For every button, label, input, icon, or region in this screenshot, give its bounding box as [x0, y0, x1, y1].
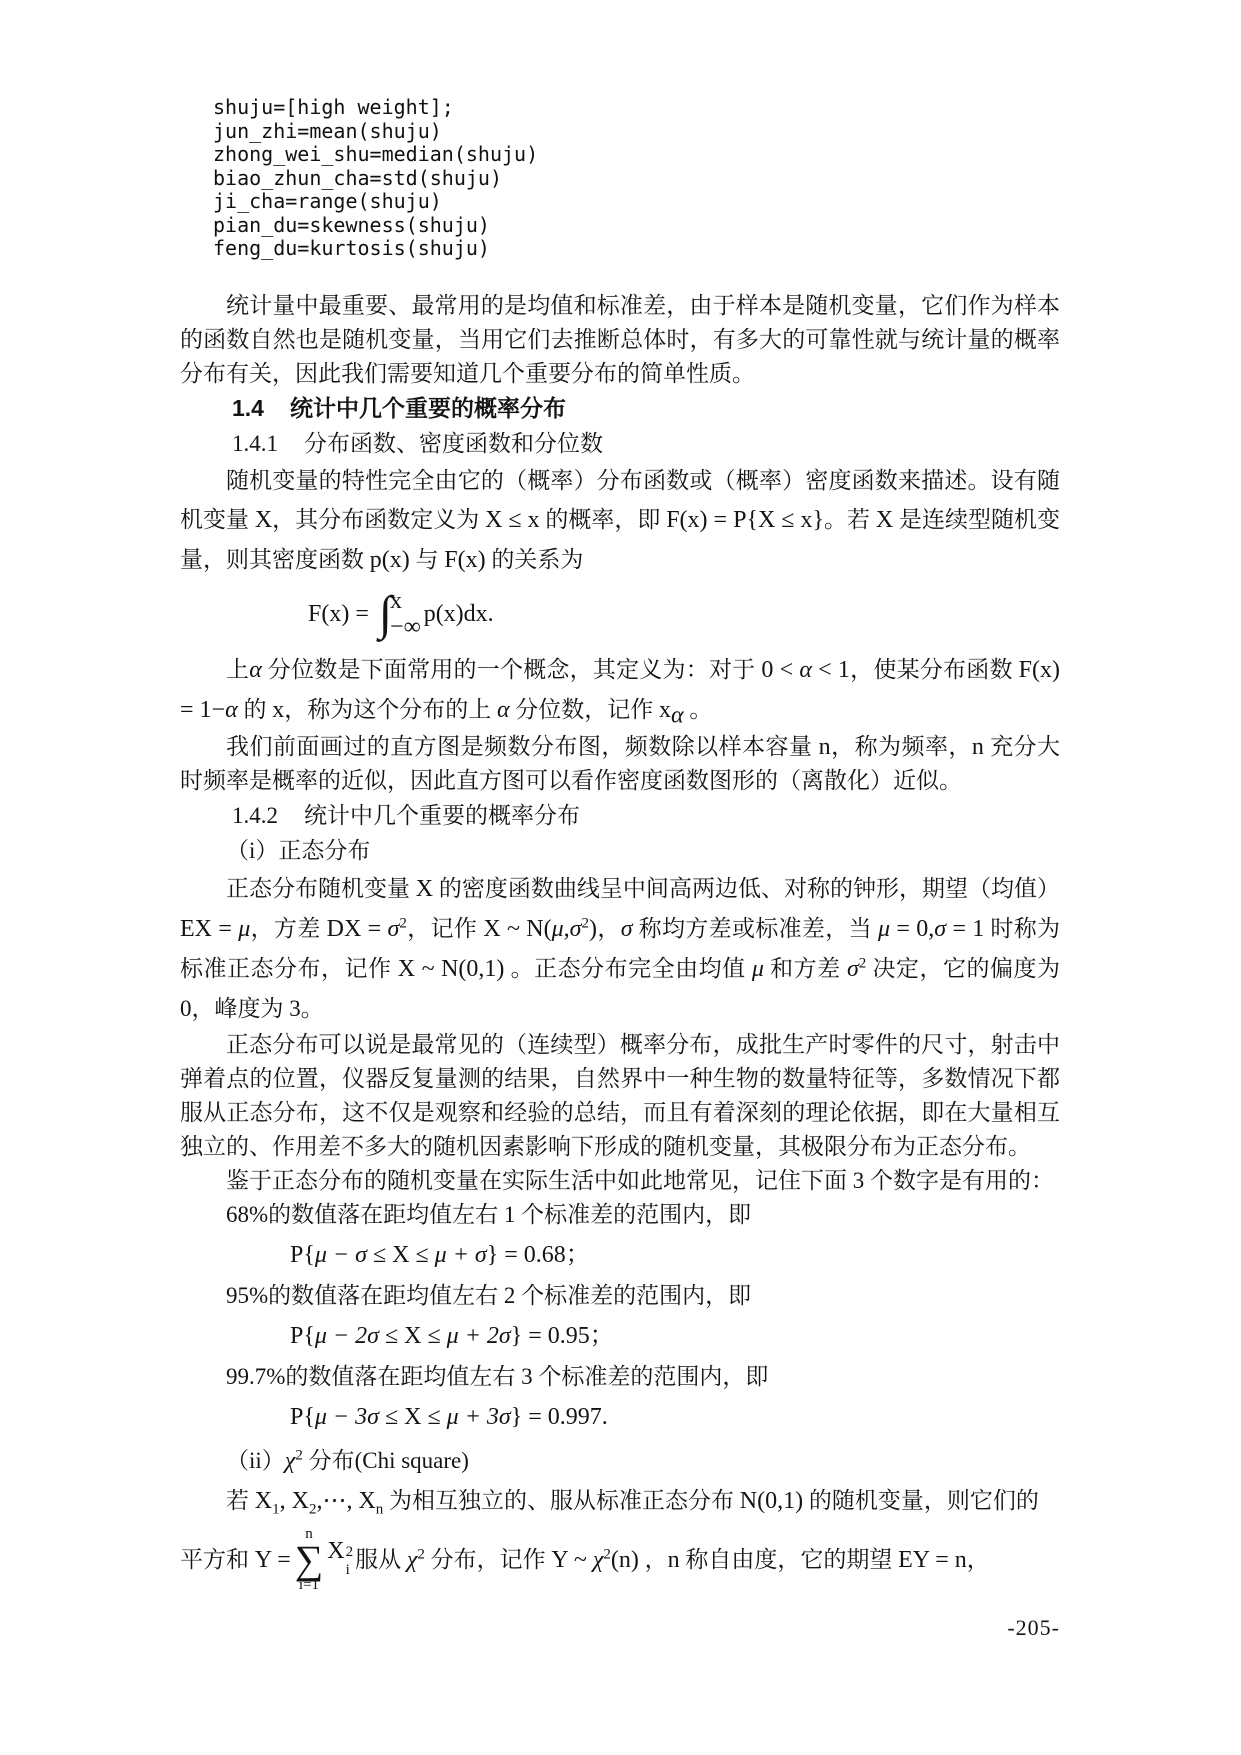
rule-95-formula: P{μ − 2σ ≤ X ≤ μ + 2σ} = 0.95； — [290, 1315, 1060, 1356]
section-heading-1-4-2: 1.4.2统计中几个重要的概率分布 — [232, 798, 1060, 833]
summation-sign: n ∑ i=1 — [295, 1527, 324, 1593]
normal-common-paragraph: 正态分布可以说是最常见的（连续型）概率分布，成批生产时零件的尺寸，射击中弹着点的… — [180, 1028, 1060, 1164]
item-i-normal-distribution: （i）正态分布 — [226, 833, 1060, 869]
chi-square-paragraph: 若 X1, X2,⋯, Xn 为相互独立的、服从标准正态分布 N(0,1) 的随… — [180, 1481, 1060, 1521]
summation-lower-limit: i=1 — [299, 1578, 319, 1593]
section-title: 统计中几个重要的概率分布 — [304, 803, 580, 828]
three-numbers-paragraph: 鉴于正态分布的随机变量在实际生活中如此地常见，记住下面 3 个数字是有用的： — [180, 1164, 1060, 1198]
formula-integrand: p(x)dx. — [424, 602, 494, 626]
section-number: 1.4.1 — [232, 431, 278, 456]
x-term-scripts: 2i — [346, 1544, 354, 1579]
section-number: 1.4 — [232, 395, 264, 421]
distribution-function-paragraph: 随机变量的特性完全由它的（概率）分布函数或（概率）密度函数来描述。设有随机变量 … — [180, 461, 1060, 580]
rule-68-label: 68%的数值落在距均值左右 1 个标准差的范围内，即 — [180, 1198, 1060, 1232]
section-title: 统计中几个重要的概率分布 — [290, 395, 566, 421]
integral-sign: ∫ x −∞ — [379, 587, 421, 641]
sum-line-prefix: 平方和 Y = — [180, 1545, 291, 1575]
summation-symbol: ∑ — [295, 1542, 324, 1578]
rule-68-formula: P{μ − σ ≤ X ≤ μ + σ} = 0.68； — [290, 1234, 1060, 1275]
page-number: -205- — [180, 1615, 1060, 1641]
intro-paragraph: 统计量中最重要、最常用的是均值和标准差，由于样本是随机变量，它们作为样本的函数自… — [180, 289, 1060, 391]
histogram-paragraph: 我们前面画过的直方图是频数分布图，频数除以样本容量 n，称为频率，n 充分大时频… — [180, 730, 1060, 798]
section-title: 分布函数、密度函数和分位数 — [304, 431, 603, 456]
alpha-quantile-paragraph: 上α 分位数是下面常用的一个概念，其定义为：对于 0 < α < 1，使某分布函… — [180, 650, 1060, 730]
formula-lhs: F(x) = — [308, 602, 369, 626]
textbook-page: shuju=[high weight];jun_zhi=mean(shuju)z… — [0, 0, 1241, 1755]
section-heading-1-4: 1.4统计中几个重要的概率分布 — [232, 391, 1060, 426]
matlab-code-block: shuju=[high weight];jun_zhi=mean(shuju)z… — [213, 96, 1060, 261]
sum-line-suffix: 服从 χ2 分布，记作 Y ~ χ2(n) ，n 称自由度，它的期望 EY = … — [355, 1545, 990, 1575]
rule-997-formula: P{μ − 3σ ≤ X ≤ μ + 3σ} = 0.997. — [290, 1396, 1060, 1437]
x-term-subscript: i — [346, 1562, 354, 1579]
rule-95-label: 95%的数值落在距均值左右 2 个标准差的范围内，即 — [180, 1279, 1060, 1313]
chi-square-sum-line: 平方和 Y = n ∑ i=1 X2i 服从 χ2 分布，记作 Y ~ χ2(n… — [180, 1525, 1060, 1595]
x-squared-term: X2i — [327, 1538, 355, 1581]
cdf-formula: F(x) = ∫ x −∞ p(x)dx. — [308, 586, 1060, 642]
section-number: 1.4.2 — [232, 803, 278, 828]
x-term-superscript: 2 — [346, 1544, 354, 1561]
rule-997-label: 99.7%的数值落在距均值左右 3 个标准差的范围内，即 — [180, 1360, 1060, 1394]
normal-distribution-paragraph: 正态分布随机变量 X 的密度函数曲线呈中间高两边低、对称的钟形，期望（均值）EX… — [180, 869, 1060, 1028]
integral-lower-limit: −∞ — [390, 615, 421, 639]
x-term-base: X — [327, 1538, 344, 1564]
section-heading-1-4-1: 1.4.1分布函数、密度函数和分位数 — [232, 426, 1060, 461]
integral-upper-limit: x — [390, 589, 421, 613]
item-ii-chi-square: （ii）χ2 分布(Chi square) — [226, 1441, 1060, 1481]
integral-limits: x −∞ — [390, 587, 421, 641]
